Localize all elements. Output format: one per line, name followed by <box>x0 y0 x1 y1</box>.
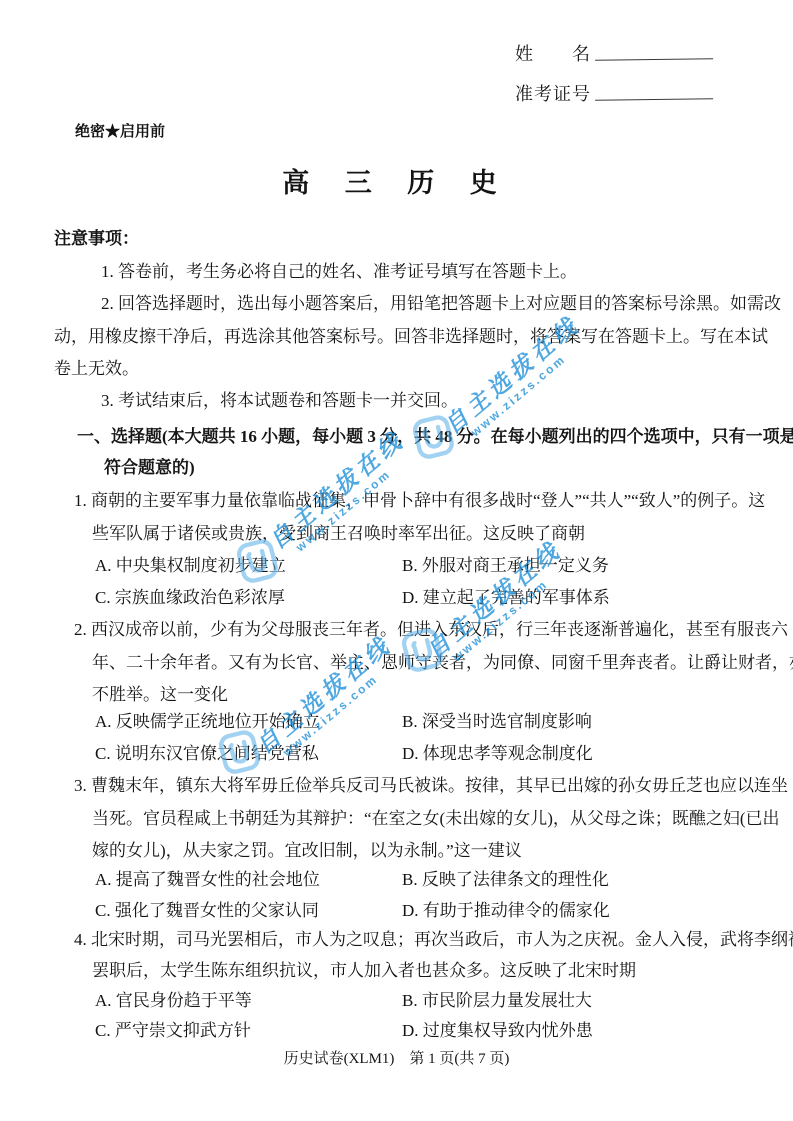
question-2-line-3: 不胜举。这一变化 <box>92 685 228 705</box>
question-4-option-c: C. 严守崇文抑武方针 <box>95 1021 251 1041</box>
question-2-option-c: C. 说明东汉官僚之间结党营私 <box>95 744 319 764</box>
question-2-line-1: 2. 西汉成帝以前，少有为父母服丧三年者。但进入东汉后，行三年丧逐渐普遍化，甚至… <box>74 620 788 640</box>
question-3-option-a: A. 提高了魏晋女性的社会地位 <box>95 870 320 890</box>
question-3-line-1: 3. 曹魏末年，镇东大将军毋丘俭举兵反司马氏被诛。按律，其早已出嫁的孙女毋丘芝也… <box>74 776 788 796</box>
question-2-option-d: D. 体现忠孝等观念制度化 <box>402 744 593 764</box>
question-3-option-d: D. 有助于推动律令的儒家化 <box>402 901 610 921</box>
candidate-name-row: 姓 名 <box>515 44 713 65</box>
question-1-option-b: B. 外服对商王承担一定义务 <box>402 556 609 576</box>
section-heading-line-1: 一、选择题(本大题共 16 小题，每小题 3 分，共 48 分。在每小题列出的四… <box>77 427 793 447</box>
question-1-option-a: A. 中央集权制度初步建立 <box>95 556 286 576</box>
name-label: 姓 名 <box>515 44 591 64</box>
name-fill-line <box>595 44 713 60</box>
exam-id-row: 准考证号 <box>515 84 713 105</box>
question-3-line-2: 当死。官员程咸上书朝廷为其辩护：“在室之女(未出嫁的女儿)，从父母之诛；既醮之妇… <box>92 809 780 829</box>
notice-heading: 注意事项： <box>54 229 139 249</box>
question-3-option-c: C. 强化了魏晋女性的父家认同 <box>95 901 319 921</box>
question-1-line-2: 些军队属于诸侯或贵族，受到商王召唤时率军出征。这反映了商朝 <box>92 524 585 544</box>
exam-paper-page-1: 姓 名 准考证号 绝密★启用前 高 三 历 史 注意事项： 1. 答卷前，考生务… <box>0 0 793 1121</box>
notice-line-2: 2. 回答选择题时，选出每小题答案后，用铅笔把答题卡上对应题目的答案标号涂黑。如… <box>101 294 781 314</box>
question-4-option-b: B. 市民阶层力量发展壮大 <box>402 991 592 1011</box>
notice-line-1: 1. 答卷前，考生务必将自己的姓名、准考证号填写在答题卡上。 <box>101 262 577 282</box>
exam-id-label: 准考证号 <box>515 84 591 104</box>
section-heading-line-2: 符合题意的) <box>104 458 195 478</box>
question-2-option-b: B. 深受当时选官制度影响 <box>402 712 592 732</box>
notice-line-5: 3. 考试结束后，将本试题卷和答题卡一并交回。 <box>101 391 458 411</box>
watermark-url: www.zizzs.com <box>469 332 594 440</box>
notice-line-4: 卷上无效。 <box>54 359 139 379</box>
question-3-option-b: B. 反映了法律条文的理性化 <box>402 870 609 890</box>
question-1-line-1: 1. 商朝的主要军事力量依靠临战征集，甲骨卜辞中有很多战时“登人”“共人”“致人… <box>74 491 765 511</box>
question-1-option-d: D. 建立起了完善的军事体系 <box>402 588 610 608</box>
question-4-line-2: 罢职后，太学生陈东组织抗议，市人加入者也甚众多。这反映了北宋时期 <box>92 961 636 981</box>
notice-line-3: 动，用橡皮擦干净后，再选涂其他答案标号。回答非选择题时，将答案写在答题卡上。写在… <box>54 327 768 347</box>
watermark-brand: 自主选拔在线 <box>252 632 396 758</box>
question-4-option-a: A. 官民身份趋于平等 <box>95 991 252 1011</box>
question-2-option-a: A. 反映儒学正统地位开始确立 <box>95 712 320 732</box>
question-1-option-c: C. 宗族血缘政治色彩浓厚 <box>95 588 285 608</box>
question-4-option-d: D. 过度集权导致内忧外患 <box>402 1021 593 1041</box>
question-3-line-3: 嫁的女儿)，从夫家之罚。宜改旧制，以为永制。”这一建议 <box>92 841 522 861</box>
question-4-line-1: 4. 北宋时期，司马光罢相后，市人为之叹息；再次当政后，市人为之庆祝。金人入侵，… <box>74 930 793 950</box>
exam-id-fill-line <box>595 84 713 100</box>
secrecy-notice: 绝密★启用前 <box>75 122 165 142</box>
page-footer: 历史试卷(XLM1) 第 1 页(共 7 页) <box>0 1049 793 1069</box>
page-title: 高 三 历 史 <box>0 173 793 193</box>
question-2-line-2: 年、二十余年者。又有为长官、举主、恩师守丧者，为同僚、同窗千里奔丧者。让爵让财者… <box>92 653 793 673</box>
